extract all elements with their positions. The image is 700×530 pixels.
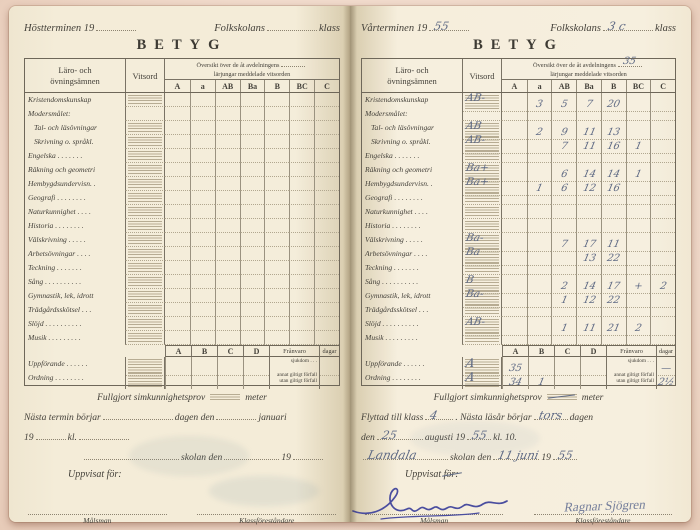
tally-cell [264,191,289,205]
tally-cell [240,247,265,261]
vitsord-cell [125,219,165,233]
vitsord-cell [462,219,502,233]
tally-cell [289,261,314,275]
subject-label: Teckning . . . . . . . [25,261,125,275]
forfall-days: 2½ [656,371,675,389]
tally-cell [264,275,289,289]
tally-cell [527,149,552,163]
tally-cell [289,135,314,149]
report-booklet-photo: Höstterminen 19 Folkskolansklass BETYG L… [0,0,700,530]
subject-row: Teckning . . . . . . . [25,261,339,275]
tally-cell [190,177,215,191]
malsman-signature-area: Målsman [28,504,167,525]
tally-cell [264,233,289,247]
subject-row: Välskrivning . . . . .Ba-71711 [362,233,675,247]
vitsord-cell [462,303,502,317]
writing-lines [128,291,162,301]
grade-column-header: A [165,80,190,92]
tally-cell [165,331,190,345]
klassforestandare-signature-area: Klassföreståndare [197,504,336,525]
tally-cell [215,303,240,317]
subject-row: Musik . . . . . . . . . [362,331,675,345]
class-blank [267,21,317,31]
handwritten-grade: Ba [465,247,481,258]
vitsord-cell [125,135,165,149]
subject-row: Kristendomskunskap [25,93,339,107]
tally-cell [165,107,190,121]
vitsord-cell [125,275,165,289]
tally-cell [165,219,190,233]
malsman-signature [351,481,511,523]
writing-lines [128,137,162,147]
dagar-header: dagar [319,345,339,357]
subject-row: Naturkunnighet . . . . [362,205,675,219]
tally-cell [240,107,265,121]
tally-cell [626,331,651,345]
subject-row: Skrivning o. språkl. [25,135,339,149]
subject-row: Hembygdsundervisn. .Ba+161216 [362,177,675,191]
grade-column-header: a [190,80,215,92]
tally-cell [527,205,552,219]
vitsord-cell [462,107,502,121]
tally-cell [165,233,190,247]
subject-label: Naturkunnighet . . . . [362,205,462,219]
subject-label: Välskrivning . . . . . [25,233,125,247]
grade-column-header: C [314,80,339,92]
class-size-blank [281,61,305,67]
tally-cell [626,303,651,317]
subject-label: Arbetsövningar . . . . [25,247,125,261]
tally-cell [626,191,651,205]
vitsord-cell [125,371,165,389]
subject-row: Sång . . . . . . . . . . [25,275,339,289]
tally-cell [240,121,265,135]
grade-column-header: BC [289,80,314,92]
subject-label: Tal- och läsövningar [25,121,125,135]
tally-cell [240,219,265,233]
tally-cell [289,289,314,303]
uppvisat-label: Uppvisat för: [361,469,676,480]
grade-column-header: B [264,80,289,92]
tally-cell [165,177,190,191]
tally-cell [165,289,190,303]
handwritten-grade: AB [465,121,483,132]
tally-cell [650,219,675,233]
tally-cell [264,93,289,107]
tally-cell [215,149,240,163]
tally-cell [264,317,289,331]
tally-cell [551,191,576,205]
tally-cell [576,261,601,275]
franvaro-header: Frånvaro [606,345,656,357]
school-date-line: Landalaskolan den11 juni1955 [361,450,676,463]
tally-cell [190,289,215,303]
tally-cell [576,149,601,163]
tally-cell [650,331,675,345]
franvaro-header: Frånvaro [269,345,319,357]
tally-cell [215,205,240,219]
tally-cell [314,93,339,107]
tally-cell [264,163,289,177]
tally-cell [650,107,675,121]
grade-column-header: C [650,80,675,92]
promotion-line1: Flyttad till klass4. Nästa läsår börjart… [361,410,676,423]
vitsord-cell [125,121,165,135]
page-header: Höstterminen 19 Folkskolansklass [24,21,340,34]
vitsord-cell [125,205,165,219]
tally-cell [626,205,651,219]
vitsord-cell [462,331,502,345]
writing-lines [128,263,162,273]
tally-cell [601,191,626,205]
tally-cell [240,317,265,331]
subject-label: Engelska . . . . . . . [25,149,125,163]
tally-cell [289,317,314,331]
uppforande-row: Uppförande . . . . . . sjukdom . . . [25,357,339,371]
subject-row: Arbetsövningar . . . .Ba1322 [362,247,675,261]
tally-cell [240,177,265,191]
page-title: BETYG [24,37,340,54]
subject-row: Engelska . . . . . . . [362,149,675,163]
subject-row: Musik . . . . . . . . . [25,331,339,345]
subject-label: Historia . . . . . . . . [362,219,462,233]
writing-lines [128,95,162,105]
grade-column-header: Ba [240,80,265,92]
writing-lines [465,193,499,203]
tally-cell [650,191,675,205]
vitsord-cell [125,233,165,247]
tally-cell [240,289,265,303]
tally-cell [264,219,289,233]
tally-cell [650,205,675,219]
tally-cell [240,261,265,275]
subject-label: Sång . . . . . . . . . . [25,275,125,289]
overview-header: Översikt över de åt avdelningens35 lärju… [502,59,675,92]
tally-cell [289,233,314,247]
tally-cell [289,177,314,191]
tally-cell [215,121,240,135]
writing-lines [465,207,499,217]
tally-cell [314,191,339,205]
subject-row: Välskrivning . . . . . [25,233,339,247]
subject-row: Historia . . . . . . . . [25,219,339,233]
tally-cell [576,303,601,317]
handwritten-weekday: tors [537,410,562,422]
klassforestandare-signature: Ragnar Sjögren [526,495,683,516]
tally-cell [502,331,527,345]
tally-cell [215,289,240,303]
school-date-line: skolan den19 [24,450,340,463]
tally-cell [314,163,339,177]
tally-cell [314,289,339,303]
swim-test-line: Fullgjort simkunnighetsprovmeter [24,393,340,403]
subject-row: KristendomskunskapAB-35720 [362,93,675,107]
tally-cell [314,121,339,135]
handwritten-grade: Ba+ [465,163,490,174]
tally-cell [576,191,601,205]
tally-cell [650,303,675,317]
term-year-blank [96,21,136,31]
tally-cell [215,191,240,205]
tally-cell [165,205,190,219]
grades-table: Läro- och övningsämnen Vitsord Översikt … [361,58,676,386]
vitsord-cell: A [462,371,502,389]
tally-cell [264,177,289,191]
tally-cell [314,149,339,163]
handwritten-year: 55 [433,21,450,33]
tally-cell [165,317,190,331]
tally-cell [264,331,289,345]
tally-cell [165,247,190,261]
vitsord-cell [462,191,502,205]
grade-letters-row: AaABBaBBCC [165,80,339,92]
grade-column-header: a [527,80,552,92]
vitsord-cell [125,177,165,191]
tally-cell [650,149,675,163]
grade-column-header: Ba [576,80,601,92]
page-title: BETYG [361,37,676,54]
malsman-label: Målsman [28,516,167,525]
tally-cell [314,205,339,219]
swim-test-line: Fullgjort simkunnighetsprovmeter [361,393,676,403]
tally-cell [215,93,240,107]
tally-cell [502,205,527,219]
conduct-header: A B C D Frånvaro dagar [362,345,675,357]
handwritten-next-class: 4 [429,410,439,422]
tally-cell [240,149,265,163]
signature-line [365,504,503,515]
writing-lines [128,123,162,133]
writing-lines [128,277,162,287]
klassforestandare-label: Klassföreståndare [197,516,336,525]
conduct-column-d: D [580,345,606,357]
forfall-days [319,371,339,389]
conduct-column-a: A [165,345,191,357]
tally-cell [289,149,314,163]
subject-row: Gymnastik, lek, idrottBa-11222 [362,289,675,303]
uppforande-row: Uppförande . . . . . . A 35 sjukdom . . … [362,357,675,371]
vitsord-cell [462,205,502,219]
writing-lines [465,305,499,315]
overview-title: Översikt över de åt avdelningens35 lärju… [502,59,675,80]
tally-cell [289,205,314,219]
tally-cell [264,261,289,275]
tally-cell [190,121,215,135]
handwritten-issue-year: 55 [557,450,574,462]
subject-label: Räkning och geometri [25,163,125,177]
tally-cell [601,261,626,275]
grade-column-header: A [502,80,527,92]
grade-column-header: AB [215,80,240,92]
subject-label: Historia . . . . . . . . [25,219,125,233]
grade-booklet: Höstterminen 19 Folkskolansklass BETYG L… [9,6,691,522]
vitsord-cell [462,149,502,163]
vitsord-cell [125,289,165,303]
tally-cell [527,261,552,275]
tally-cell [240,275,265,289]
conduct-column-c: C [217,345,243,357]
writing-lines [128,235,162,245]
subject-label: Trädgårdsskötsel . . . [25,303,125,317]
writing-lines [128,305,162,315]
tally-cell [289,107,314,121]
subject-row: Tal- och läsövningar [25,121,339,135]
tally-cell [240,135,265,149]
tally-cell [314,135,339,149]
page-header: Vårterminen 1955 Folkskolans3 cklass [361,21,676,34]
tally-cell [626,149,651,163]
tally-cell [190,275,215,289]
writing-lines [128,193,162,203]
writing-lines [128,179,162,189]
subject-row: Slöjd . . . . . . . . . .AB-111212 [362,317,675,331]
tally-cell [215,247,240,261]
tally-cell [551,331,576,345]
writing-lines [128,151,162,161]
tally-cell [551,107,576,121]
tally-cell [289,219,314,233]
tally-cell [626,107,651,121]
tally-cell [190,135,215,149]
ordning-row: Ordning . . . . . . . . A 34 1 annat gil… [362,371,675,385]
tally-cell [165,261,190,275]
tally-cell [264,135,289,149]
tally-cell [601,303,626,317]
vitsord-cell [125,163,165,177]
tally-cell [289,93,314,107]
handwritten-grade: AB- [465,135,486,146]
subject-row: Hembygdsundervisn. . [25,177,339,191]
vitsord-cell [125,191,165,205]
tally-cell [190,149,215,163]
grade-column-header: BC [626,80,651,92]
tally-cell [601,149,626,163]
subject-row: Trädgårdsskötsel . . . [362,303,675,317]
writing-lines [465,221,499,231]
next-term-line1: Nästa termin börjardagen denjanuari [24,410,340,423]
writing-lines [128,221,162,231]
tally-cell [264,247,289,261]
vitsord-cell [125,331,165,345]
tally-cell [289,275,314,289]
handwritten-year: 55 [471,430,488,442]
conduct-column-c: C [554,345,580,357]
vitsord-cell [462,261,502,275]
subject-row: Modersmålet: [25,107,339,121]
handwritten-date: 25 [381,430,398,442]
tally-cell [527,331,552,345]
tally-cell [551,149,576,163]
subject-label: Skrivning o. språkl. [25,135,125,149]
tally-cell [165,135,190,149]
tally-cell [190,93,215,107]
subject-label: Modersmålet: [362,107,462,121]
tally-cell [502,303,527,317]
writing-lines [465,151,499,161]
next-term-line2: 19kl. [24,430,340,443]
subject-row: Trädgårdsskötsel . . . [25,303,339,317]
school-class-label: Folkskolansklass [214,21,340,34]
handwritten-grade: AB- [465,317,486,328]
tally-cell [314,303,339,317]
subject-row: Engelska . . . . . . . [25,149,339,163]
tally-cell [502,191,527,205]
handwritten-grade: AB- [465,93,486,104]
tally-cell [576,205,601,219]
tally-cell [215,163,240,177]
tally-cell [165,303,190,317]
tally-cell [240,93,265,107]
tally-cell [601,219,626,233]
tally-cell [314,247,339,261]
grade-letters-row: AaABBaBBCC [502,80,675,92]
tally-cell [527,107,552,121]
tally-cell [601,331,626,345]
writing-lines [128,319,162,329]
subject-row: Geografi . . . . . . . . [362,191,675,205]
tally-cell [215,261,240,275]
term-label: Höstterminen 19 [24,21,138,34]
vitsord-column-header: Vitsord [125,59,165,92]
subject-label: Kristendomskunskap [25,93,125,107]
subject-row: Historia . . . . . . . . [362,219,675,233]
klassforestandare-label: Klassföreståndare [534,516,672,525]
tally-cell [264,149,289,163]
tally-cell [601,205,626,219]
subject-label: Gymnastik, lek, idrott [25,289,125,303]
vitsord-cell [125,107,165,121]
tally-cell [190,219,215,233]
writing-lines [128,207,162,217]
vitsord-cell [125,261,165,275]
tally-cell [502,107,527,121]
tally-cell [551,219,576,233]
tally-cell [215,331,240,345]
tally-cell [626,261,651,275]
tally-cell [314,219,339,233]
tally-cell [264,205,289,219]
subject-row: Arbetsövningar . . . . [25,247,339,261]
handwritten-dash [548,394,575,398]
tally-cell [190,107,215,121]
writing-lines [465,333,499,343]
vitsord-cell [125,149,165,163]
tally-cell [502,219,527,233]
subject-row: Naturkunnighet . . . . [25,205,339,219]
writing-lines [128,165,162,175]
tally-cell [240,331,265,345]
dagar-header: dagar [656,345,675,357]
subject-label: Teckning . . . . . . . [362,261,462,275]
tally-cell [190,261,215,275]
vitsord-cell [125,247,165,261]
handwritten-class: 3 c [607,21,627,33]
handwritten-grade: Ba- [465,289,485,300]
page-left-hosttermin: Höstterminen 19 Folkskolansklass BETYG L… [9,6,350,522]
page-right-vartermin: Vårterminen 1955 Folkskolans3 cklass BET… [350,6,691,522]
tally-cell [289,121,314,135]
signature-line [197,504,336,515]
handwritten-grade: Ba- [465,233,485,244]
tally-cell [314,331,339,345]
grades-table: Läro- och övningsämnen Vitsord Översikt … [24,58,340,386]
tally-cell [314,317,339,331]
tally-cell [314,107,339,121]
vitsord-column-header: Vitsord [462,59,502,92]
tally-cell [314,275,339,289]
tally-cell [215,107,240,121]
tally-cell [502,261,527,275]
